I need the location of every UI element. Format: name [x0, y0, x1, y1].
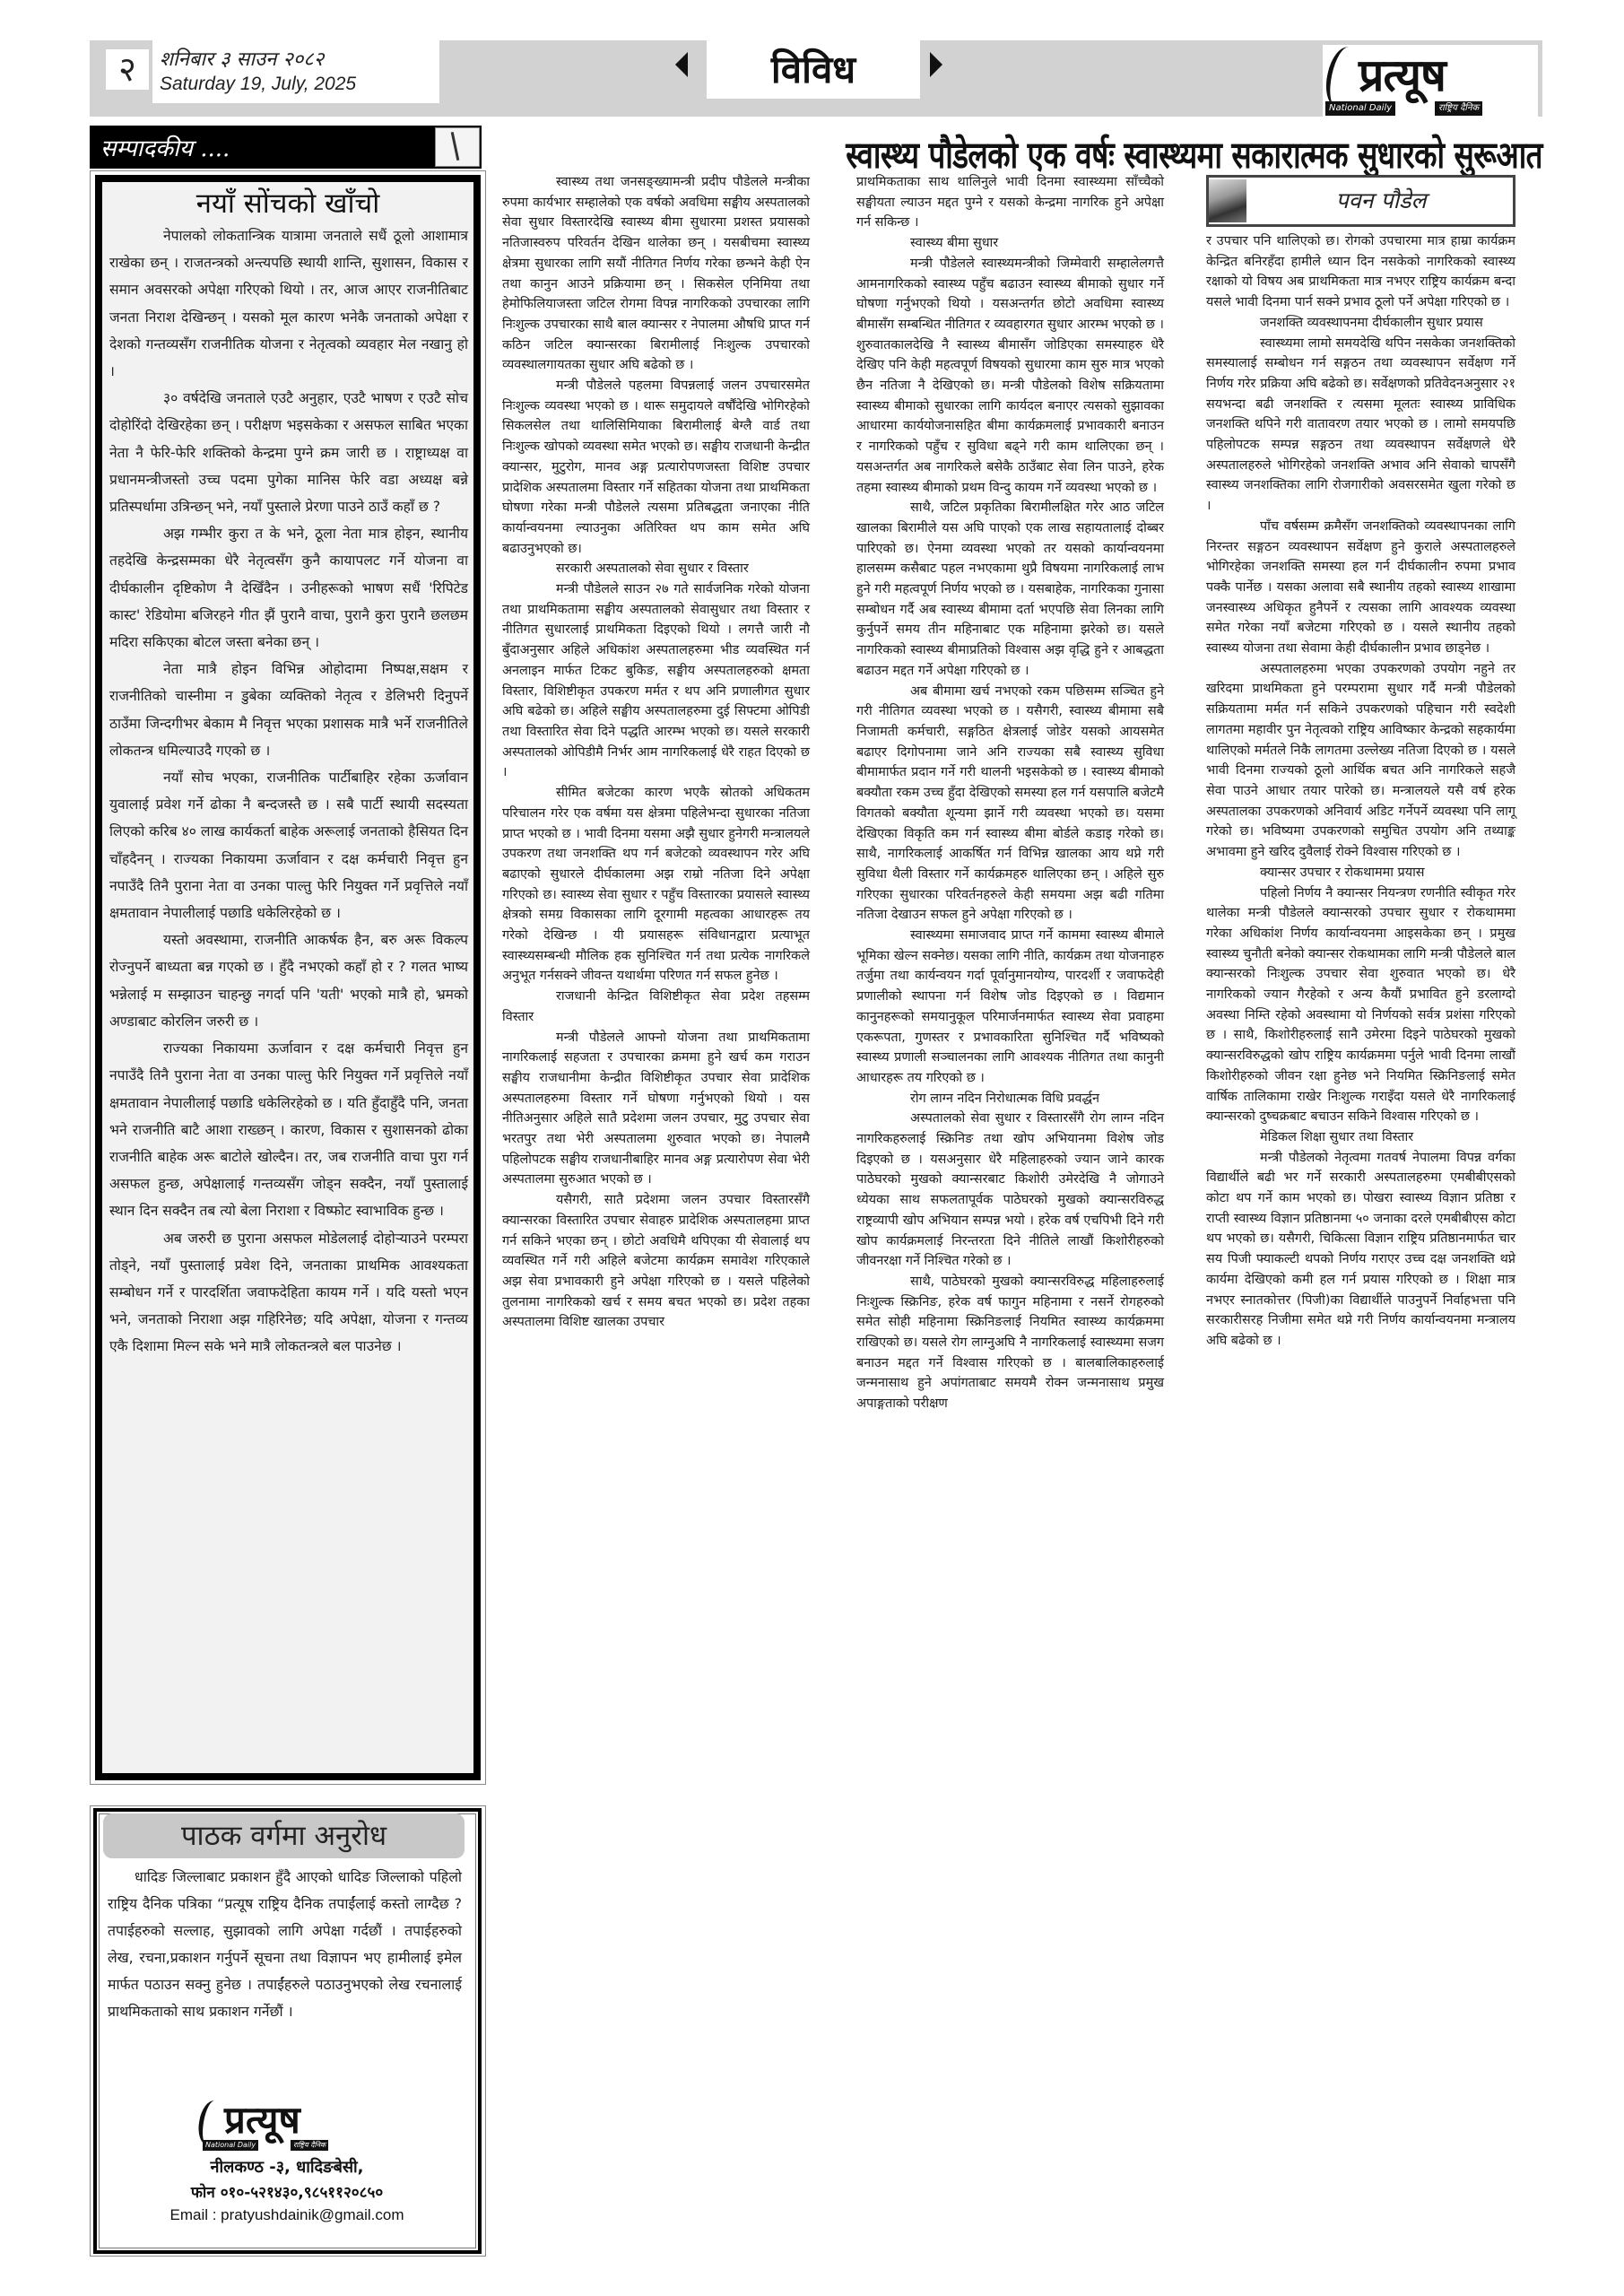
section-title: विविध: [707, 40, 920, 99]
article-subheading: मेडिकल शिक्षा सुधार तथा विस्तार: [1206, 1127, 1515, 1148]
article-paragraph: पहिलो निर्णय नै क्यान्सर नियन्त्रण रणनीत…: [1206, 883, 1515, 1127]
reader-notice-title: पाठक वर्गमा अनुरोध: [103, 1813, 465, 1858]
article-subheading: सरकारी अस्पतालको सेवा सुधार र विस्तार: [502, 559, 810, 579]
email-link[interactable]: Email : pratyushdainik@gmail.com: [99, 2206, 475, 2224]
article-paragraph: र उपचार पनि थालिएको छ। रोगको उपचारमा मात…: [1206, 231, 1515, 313]
article-paragraph: मन्त्री पौडेलले स्वास्थ्यमन्त्रीको जिम्म…: [856, 254, 1164, 498]
reader-notice-body: धादिङ जिल्लाबाट प्रकाशन हुँदै आएको धादिङ…: [108, 1864, 462, 2025]
editorial-body: नेपालको लोकतान्त्रिक यात्रामा जनताले सधै…: [109, 222, 468, 1361]
date-english: Saturday 19, July, 2025: [160, 74, 356, 95]
article-column-1: स्वास्थ्य तथा जनसङ्ख्यामन्त्री प्रदीप पौ…: [502, 172, 810, 1333]
article-headline: स्वास्थ्य पौडेलको एक वर्षः स्वास्थ्यमा स…: [520, 128, 1542, 178]
logo-tag-english: National Daily: [203, 2140, 258, 2151]
article-paragraph: स्वास्थ्य तथा जनसङ्ख्यामन्त्री प्रदीप पौ…: [502, 172, 810, 376]
editorial-label: सम्पादकीय ....: [100, 131, 230, 163]
logo-wordmark: प्रत्यूष: [224, 2093, 300, 2144]
article-paragraph: अब बीमामा खर्च नभएको रकम पछिसम्म सञ्चित …: [856, 682, 1164, 926]
phone: फोन ०१०-५२१४३०,९८५११२०८५०: [99, 2181, 475, 2202]
article-paragraph: मन्त्री पौडेलले साउन २७ गते सार्वजनिक गर…: [502, 579, 810, 783]
article-subheading: जनशक्ति व्यवस्थापनमा दीर्घकालीन सुधार प्…: [1206, 313, 1515, 334]
article-paragraph: अस्पतालको सेवा सुधार र विस्तारसँगै रोग ल…: [856, 1109, 1164, 1272]
article-column-3: र उपचार पनि थालिएको छ। रोगको उपचारमा मात…: [1206, 231, 1515, 1352]
logo-tag-nepali: राष्ट्रिय दैनिक: [1435, 101, 1482, 116]
article-paragraph: मन्त्री पौडेलले पहलमा विपन्नलाई जलन उपचा…: [502, 376, 810, 559]
pen-icon: [435, 127, 480, 167]
article-paragraph: मन्त्री पौडेलले आफ्नो योजना तथा प्राथमिक…: [502, 1028, 810, 1191]
article-subheading: राजधानी केन्द्रित विशिष्टीकृत सेवा प्रदे…: [502, 987, 810, 1027]
left-arrow-icon: [675, 52, 688, 77]
logo-tag-nepali: राष्ट्रिय दैनिक: [291, 2140, 328, 2151]
page-number: २: [106, 49, 149, 90]
editorial-paragraph: अझ गम्भीर कुरा त के भने, ठूला नेता मात्र…: [109, 520, 468, 656]
article-subheading: स्वास्थ्य बीमा सुधार: [856, 233, 1164, 254]
article-paragraph: पाँच वर्षसम्म क्रमैसँग जनशक्तिको व्यवस्थ…: [1206, 517, 1515, 659]
address: नीलकण्ठ -३, धादिङबेसी,: [99, 2156, 475, 2178]
editorial-paragraph: नयाँ सोच भएका, राजनीतिक पार्टीबाहिर रहेक…: [109, 764, 468, 926]
editorial-paragraph: नेता मात्रै होइन विभिन्न ओहोदामा निष्पक्…: [109, 656, 468, 764]
article-subheading: क्यान्सर उपचार र रोकथाममा प्रयास: [1206, 863, 1515, 883]
article-paragraph: अस्पतालहरुमा भएका उपकरणको उपयोग नहुने तर…: [1206, 659, 1515, 863]
editorial-paragraph: यस्तो अवस्थामा, राजनीति आकर्षक हैन, बरु …: [109, 926, 468, 1035]
writing-hand-icon: [1209, 179, 1246, 222]
right-arrow-icon: [930, 52, 942, 77]
article-paragraph: साथै, जटिल प्रकृतिका बिरामीलक्षित गरेर आ…: [856, 498, 1164, 681]
reader-notice-logo: प्रत्यूष National Daily राष्ट्रिय दैनिक: [197, 2099, 377, 2152]
article-paragraph: स्वास्थ्यमा समाजवाद प्राप्त गर्ने काममा …: [856, 926, 1164, 1089]
editorial-title: नयाँ सोंचको खाँचो: [102, 184, 473, 222]
article-paragraph: स्वास्थ्यमा लामो समयदेखि थपिन नसकेका जनश…: [1206, 334, 1515, 517]
date-nepali: शनिबार ३ साउन २०८२: [160, 45, 324, 72]
editorial-paragraph: अब जरुरी छ पुराना असफल मोडेललाई दोहोऱ्या…: [109, 1225, 468, 1361]
article-column-2: प्राथमिकताका साथ थालिनुले भावी दिनमा स्व…: [856, 172, 1164, 1414]
article-paragraph: साथै, पाठेघरको मुखको क्यान्सरविरुद्ध महि…: [856, 1272, 1164, 1414]
logo-wordmark: प्रत्यूष: [1359, 43, 1446, 104]
editorial-paragraph: नेपालको लोकतान्त्रिक यात्रामा जनताले सधै…: [109, 222, 468, 385]
logo-tag-english: National Daily: [1325, 101, 1395, 116]
byline-author: पवन पौडेल: [1255, 178, 1507, 224]
article-paragraph: यसैगरी, सातै प्रदेशमा जलन उपचार विस्तारस…: [502, 1190, 810, 1333]
editorial-paragraph: राज्यका निकायमा ऊर्जावान र दक्ष कर्मचारी…: [109, 1035, 468, 1224]
article-paragraph: सीमित बजेटका कारण भएकै स्रोतको अधिकतम पर…: [502, 783, 810, 987]
reader-notice-text: धादिङ जिल्लाबाट प्रकाशन हुँदै आएको धादिङ…: [108, 1864, 462, 2025]
editorial-paragraph: ३० वर्षदेखि जनताले एउटै अनुहार, एउटै भाष…: [109, 385, 468, 520]
article-subheading: रोग लाग्न नदिन निरोधात्मक विधि प्रवर्द्ध…: [856, 1089, 1164, 1109]
article-paragraph: प्राथमिकताका साथ थालिनुले भावी दिनमा स्व…: [856, 172, 1164, 233]
article-paragraph: मन्त्री पौडेलको नेतृत्वमा गतवर्ष नेपालमा…: [1206, 1148, 1515, 1352]
